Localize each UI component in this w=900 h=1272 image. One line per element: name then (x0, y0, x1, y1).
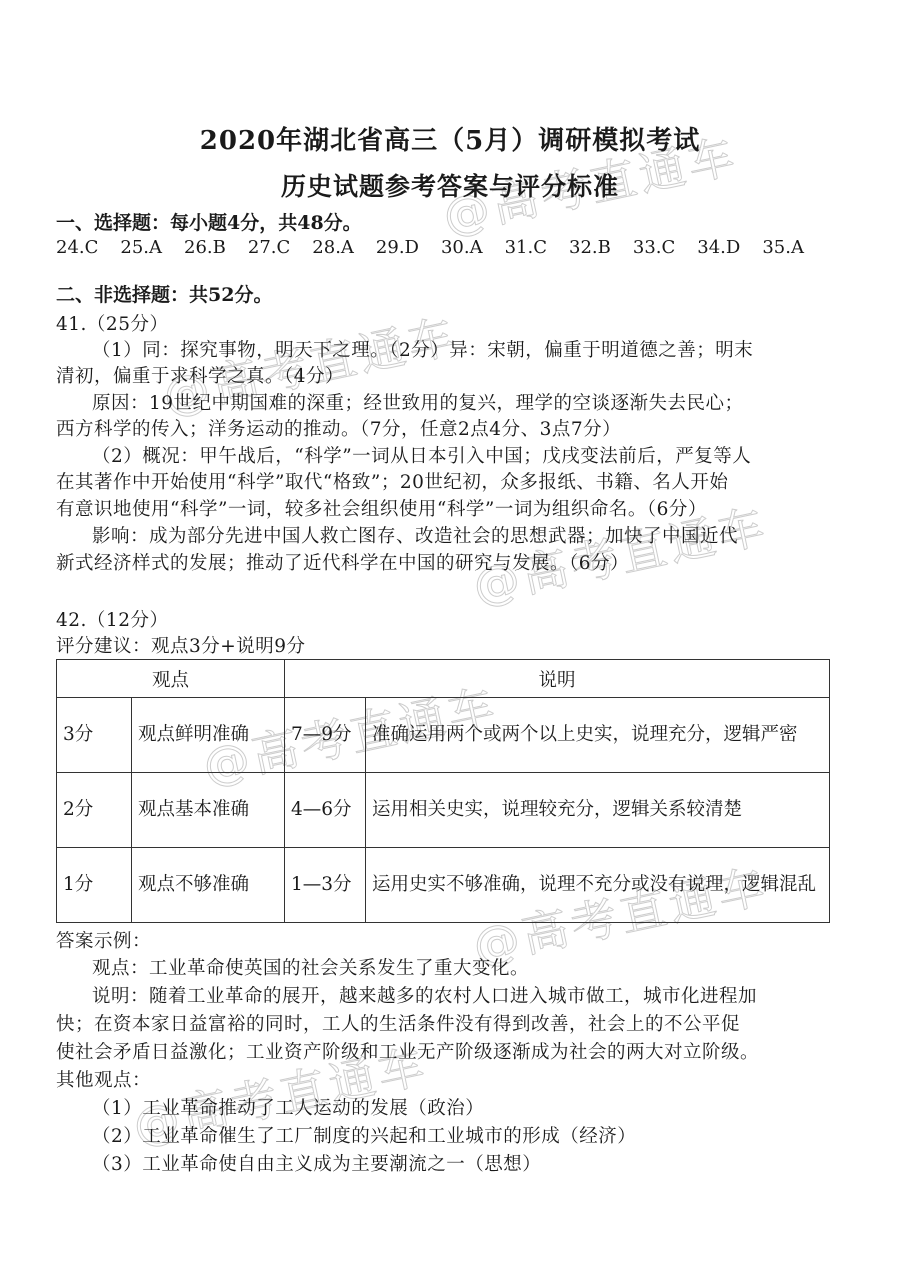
answer-item: 32.B (569, 237, 611, 258)
document-title: 2020年湖北省高三（5月）调研模拟考试 (0, 120, 900, 157)
other-viewpoint-item: （1）工业革命推动了工人运动的发展（政治） (92, 1094, 484, 1120)
answer-item: 33.C (633, 237, 675, 258)
answer-item: 26.B (184, 237, 226, 258)
answer-item: 31.C (505, 237, 547, 258)
example-line: 使社会矛盾日益激化；工业资产阶级和工业无产阶级逐渐成为社会的两大对立阶级。 (56, 1038, 759, 1064)
answer-item: 29.D (376, 237, 419, 258)
q41-label: 41.（25分） (56, 310, 168, 336)
table-header-row: 观点 说明 (57, 660, 830, 698)
q41-line: 西方科学的传入；洋务运动的推动。（7分，任意2点4分、3点7分） (56, 415, 621, 441)
row-viewpoint: 观点不够准确 (132, 848, 285, 923)
row-range: 1—3分 (285, 848, 366, 923)
q41-line: 原因：19世纪中期国难的深重；经世致用的复兴，理学的空谈逐渐失去民心； (92, 389, 744, 415)
row-description: 运用相关史实，说理较充分，逻辑关系较清楚 (366, 773, 830, 848)
row-viewpoint: 观点基本准确 (132, 773, 285, 848)
header-explanation: 说明 (285, 660, 830, 698)
example-line: 快；在资本家日益富裕的同时，工人的生活条件没有得到改善，社会上的不公平促 (56, 1010, 740, 1036)
q41-line: 在其著作中开始使用“科学”取代“格致”；20世纪初，众多报纸、书籍、名人开始 (56, 468, 728, 494)
q41-line: 清初，偏重于求科学之真。（4分） (56, 362, 344, 388)
row-description: 运用史实不够准确，说理不充分或没有说理，逻辑混乱 (366, 848, 830, 923)
answer-item: 34.D (697, 237, 740, 258)
row-viewpoint: 观点鲜明准确 (132, 698, 285, 773)
q42-label: 42.（12分） (56, 606, 168, 632)
row-score: 1分 (57, 848, 132, 923)
document-subtitle: 历史试题参考答案与评分标准 (0, 167, 900, 203)
grading-table: 观点 说明 3分 观点鲜明准确 7—9分 准确运用两个或两个以上史实，说理充分，… (56, 659, 830, 923)
table-row: 2分 观点基本准确 4—6分 运用相关史实，说理较充分，逻辑关系较清楚 (57, 773, 830, 848)
section2-heading: 二、非选择题：共52分。 (56, 280, 272, 307)
row-description: 准确运用两个或两个以上史实，说理充分，逻辑严密 (366, 698, 830, 773)
answer-item: 30.A (441, 237, 483, 258)
row-range: 4—6分 (285, 773, 366, 848)
answer-key-list: 24.C 25.A 26.B 27.C 28.A 29.D 30.A 31.C … (56, 237, 826, 258)
section1-heading: 一、选择题：每小题4分，共48分。 (56, 208, 362, 235)
table-row: 3分 观点鲜明准确 7—9分 准确运用两个或两个以上史实，说理充分，逻辑严密 (57, 698, 830, 773)
other-viewpoint-item: （2）工业革命催生了工厂制度的兴起和工业城市的形成（经济） (92, 1122, 636, 1148)
answer-item: 28.A (312, 237, 354, 258)
row-range: 7—9分 (285, 698, 366, 773)
q41-line: （1）同：探究事物，明天下之理。（2分）异：宋朝，偏重于明道德之善；明末 (92, 336, 753, 362)
row-score: 2分 (57, 773, 132, 848)
q41-line: （2）概况：甲午战后，“科学”一词从日本引入中国；戊戌变法前后，严复等人 (92, 442, 751, 468)
other-viewpoints-label: 其他观点： (56, 1066, 151, 1092)
q41-line: 新式经济样式的发展；推动了近代科学在中国的研究与发展。（6分） (56, 549, 629, 575)
header-viewpoint: 观点 (57, 660, 285, 698)
q41-line: 影响：成为部分先进中国人救亡图存、改造社会的思想武器；加快了中国近代 (92, 522, 738, 548)
example-label: 答案示例： (56, 927, 151, 953)
answer-item: 25.A (120, 237, 162, 258)
answer-item: 24.C (56, 237, 98, 258)
table-row: 1分 观点不够准确 1—3分 运用史实不够准确，说理不充分或没有说理，逻辑混乱 (57, 848, 830, 923)
q42-scoring-note: 评分建议：观点3分+说明9分 (56, 632, 306, 658)
document-page: @高考直通车 @高考直通车 @高考直通车 @高考直通车 @高考直通车 @高考直通… (0, 0, 900, 1272)
q41-line: 有意识地使用“科学”一词，较多社会组织使用“科学”一词为组织命名。（6分） (56, 495, 707, 521)
other-viewpoint-item: （3）工业革命使自由主义成为主要潮流之一（思想） (92, 1150, 541, 1176)
answer-item: 27.C (248, 237, 290, 258)
row-score: 3分 (57, 698, 132, 773)
example-line: 观点：工业革命使英国的社会关系发生了重大变化。 (92, 954, 529, 980)
example-line: 说明：随着工业革命的展开，越来越多的农村人口进入城市做工，城市化进程加 (92, 982, 757, 1008)
answer-item: 35.A (762, 237, 804, 258)
